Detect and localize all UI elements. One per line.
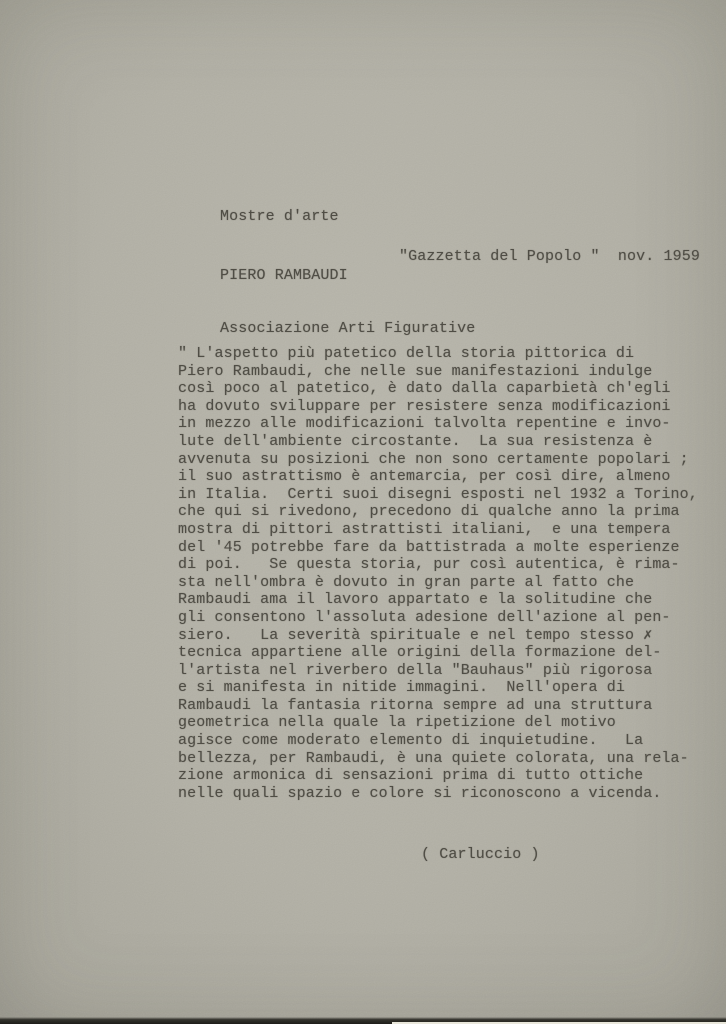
document-page: Mostre d'arte PIERO RAMBAUDI Associazion…	[0, 0, 726, 1024]
section-label: Mostre d'arte	[220, 208, 475, 226]
article-body: " L'aspetto più patetico della storia pi…	[178, 345, 698, 802]
document-header: Mostre d'arte PIERO RAMBAUDI Associazion…	[220, 173, 475, 373]
organization-name: Associazione Arti Figurative	[220, 320, 475, 338]
artist-name: PIERO RAMBAUDI	[220, 267, 475, 285]
signature: ( Carluccio )	[421, 846, 540, 864]
source-citation: "Gazzetta del Popolo " nov. 1959	[399, 248, 700, 266]
